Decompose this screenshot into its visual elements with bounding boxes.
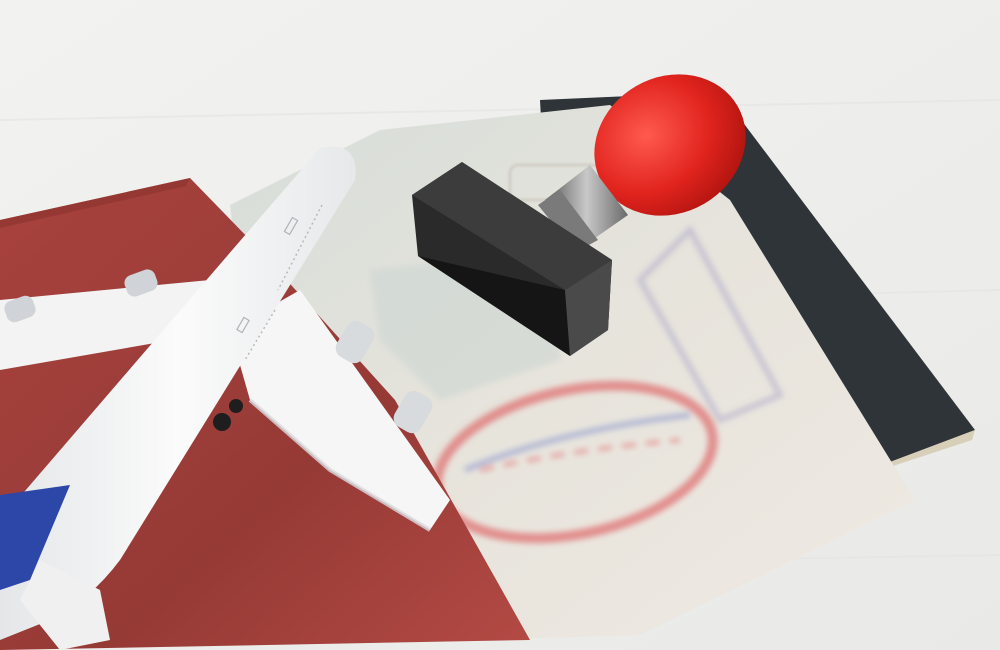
scene-illustration [0, 0, 1000, 650]
photo-scene: Toy white airplane resting on a red pass… [0, 0, 1000, 650]
